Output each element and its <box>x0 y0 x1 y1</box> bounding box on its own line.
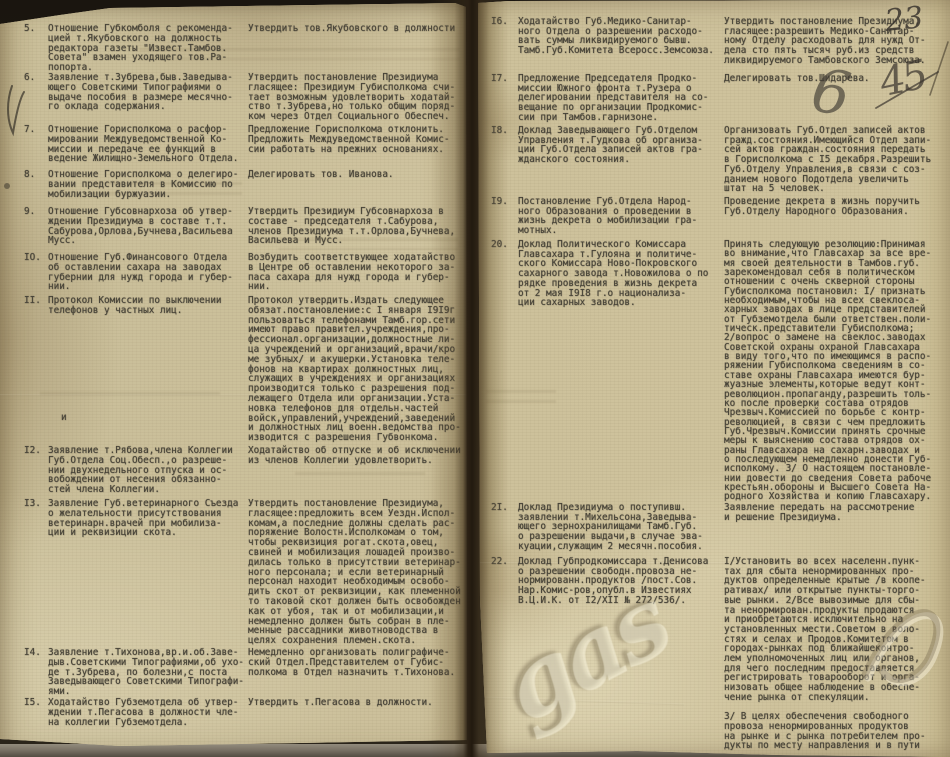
item-number: 5. <box>24 24 48 34</box>
item-description: Отношение Горисполкома о расфор- мирован… <box>48 125 252 164</box>
item-resolution: Возбудить соответствующее ходатайство в … <box>248 253 466 292</box>
item-description: Предложение Председателя Продко- миссии … <box>518 74 722 123</box>
item-number: I8. <box>491 126 519 136</box>
item-description: Отношение Губ.Финансового Отдела об оста… <box>48 253 252 292</box>
handwritten-page-number: 23 <box>883 0 925 39</box>
item-description: Отношение Губкомболя с рекоменда- цией т… <box>48 24 252 73</box>
item-resolution: Предложение Горисполкома отклонить. Пред… <box>248 125 466 154</box>
item-resolution: Проведение декрета в жизнь поручить Губ.… <box>724 197 950 216</box>
item-resolution: Организовать Губ.Отдел записей актов гра… <box>724 126 950 194</box>
item-description: Постановление Губ.Отдела Народ- ного Обр… <box>518 197 722 236</box>
item-resolution: I/Установить во всех населенн.пунк- тах … <box>724 557 950 751</box>
item-description: Доклад Президиума о поступивш. заявлении… <box>518 503 722 552</box>
margin-letter: и <box>61 413 67 423</box>
item-number: 6. <box>24 73 48 83</box>
document-scan: 5. Отношение Губкомболя с рекоменда- цие… <box>0 0 950 757</box>
item-number: I2. <box>24 446 48 456</box>
item-resolution: Немедленно организовать полиграфиче- ски… <box>248 648 466 677</box>
item-resolution: Протокол утвердить.Издать следующее обяз… <box>248 296 466 443</box>
item-number: 7. <box>24 125 48 135</box>
item-resolution: Делегировать тов. Иванова. <box>248 170 466 180</box>
item-resolution: Заявление передать на рассмотрение и реш… <box>724 503 950 522</box>
item-number: 2I. <box>491 503 519 513</box>
item-number: 9. <box>24 207 48 217</box>
item-number: IO. <box>24 253 48 263</box>
bleed-through-artifact <box>295 472 425 482</box>
item-number: 8. <box>24 170 48 180</box>
item-resolution: Утвердить постановление Президиума глася… <box>248 73 466 122</box>
bleed-through-artifact <box>486 390 556 404</box>
item-description: Отношение Губсовнархоза об утвер- ждении… <box>48 207 252 246</box>
item-description: Доклад Политического Комиссара Главсахар… <box>518 240 722 308</box>
item-number: I4. <box>24 648 48 658</box>
item-resolution: Утвердить постановление Президиума, глас… <box>248 499 466 646</box>
item-description: Ходатайство Губ.Медико-Санитар- ного Отд… <box>518 17 722 56</box>
item-number: 22. <box>491 557 519 567</box>
item-number: II. <box>24 296 48 306</box>
item-description: Заявление т.Тихонова,вр.и.об.Заве- дыв.С… <box>48 648 252 697</box>
item-description: Заявление т.Рябова,члена Коллегии Губ.От… <box>48 446 252 495</box>
item-description: Заявление т.Зубрева,быв.Заведыва- ющего … <box>48 73 252 112</box>
item-resolution: Принять следующую резолюцию:Принимая во … <box>724 240 950 502</box>
item-resolution: Утвердить Президиум Губсовнархоза в сост… <box>248 207 466 246</box>
item-description: Доклад Заведывающего Губ.Отделом Управле… <box>518 126 722 165</box>
item-number: 20. <box>491 240 519 250</box>
bleed-through-artifact <box>40 392 220 401</box>
item-resolution: Утвердить тов.Якубовского в должности <box>248 24 466 34</box>
pencil-mark-45: 45 <box>876 52 929 106</box>
item-number: I7. <box>491 74 519 84</box>
item-number: I9. <box>491 197 519 207</box>
item-description: Заявление Губ.ветеринарного Съезда о жел… <box>48 499 252 538</box>
item-resolution: Ходатайство об отпуске и об исключении и… <box>248 446 466 466</box>
item-number: I3. <box>24 499 48 509</box>
item-resolution: Утвердить т.Пегасова в должности. <box>248 698 466 708</box>
left-page: 5. Отношение Губкомболя с рекоменда- цие… <box>0 0 467 757</box>
item-number: I6. <box>491 17 519 27</box>
item-number: I5. <box>24 698 48 708</box>
item-description: Ходатайство Губземотдела об утвер- ждени… <box>48 698 252 727</box>
item-description: Отношение Горисполкома о делегиро- вании… <box>48 170 252 199</box>
item-description: Протокол Комиссии по выключении телефоно… <box>48 296 252 316</box>
